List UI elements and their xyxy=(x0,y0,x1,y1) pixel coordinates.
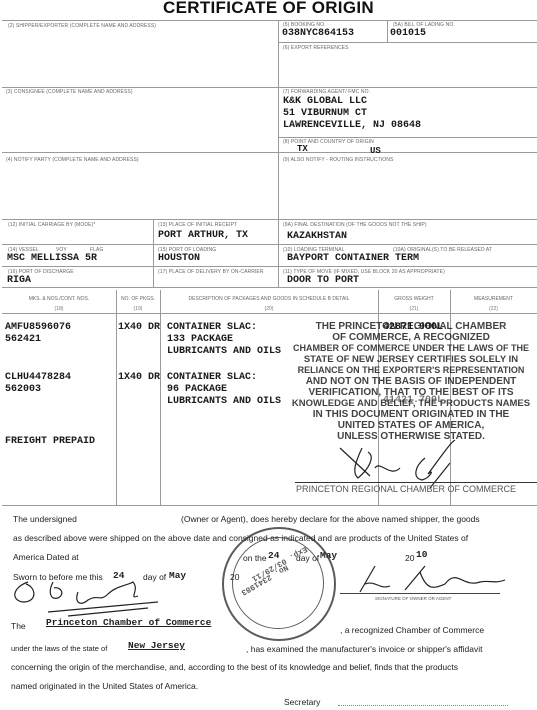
freight-note: FREIGHT PREPAID xyxy=(5,436,95,447)
seal-number: 562421 xyxy=(5,334,41,345)
consignee-label: (3) CONSIGNEE (COMPLETE NAME AND ADDRESS… xyxy=(6,89,133,95)
shipper-label: (2) SHIPPER/EXPORTER (COMPLETE NAME AND … xyxy=(8,23,156,29)
decl-owner-agent: (Owner or Agent), does hereby declare fo… xyxy=(181,514,480,524)
loading-terminal-value: BAYPORT CONTAINER TERM xyxy=(287,253,419,264)
stamp-line: IN THIS DOCUMENT ORIGINATED IN THE xyxy=(285,409,537,420)
move-type-value: DOOR TO PORT xyxy=(287,275,359,286)
container-number: AMFU8596076 xyxy=(5,322,71,333)
col-header-pkgs: NO. OF PKGS. xyxy=(116,296,160,302)
col-header-marks: MKS. & NOS./CONT. NOS. xyxy=(2,296,116,302)
divider xyxy=(2,87,537,88)
col-header-description: DESCRIPTION OF PACKAGES AND GOODS in Sch… xyxy=(160,296,378,302)
chamber-signature xyxy=(330,438,470,488)
laws-of-state: under the laws of the state of xyxy=(11,644,107,653)
forwarding-line-3: LAWRENCEVILLE, NJ 08648 xyxy=(283,120,421,131)
stamp-line: THE PRINCETON REGIONAL CHAMBER xyxy=(285,321,537,332)
place-receipt-label: (13) PLACE OF INITIAL RECEIPT xyxy=(158,222,237,228)
decl-year-suffix: 10 xyxy=(416,549,427,560)
stamp-line: STATE OF NEW JERSEY CERTIFIES SOLELY IN xyxy=(285,354,537,365)
final-dest-label: (9A) FINAL DESTINATION (OF THE GOODS NOT… xyxy=(283,222,427,228)
divider xyxy=(153,219,154,287)
owner-agent-signature xyxy=(345,562,515,600)
chamber-recognized: , a recognized Chamber of Commerce xyxy=(340,625,484,635)
owner-signature-label: SIGNATURE OF OWNER OR AGENT xyxy=(375,596,451,601)
sworn-month: May xyxy=(169,570,186,581)
initial-carriage-label: (12) INITIAL CARRIAGE BY (MODE)* xyxy=(8,222,95,228)
forwarding-line-2: 51 VIBURNUM CT xyxy=(283,108,367,119)
bol-number: 001015 xyxy=(390,28,426,39)
stamp-line: OF COMMERCE, A RECOGNIZED xyxy=(285,332,537,343)
divider xyxy=(2,219,537,220)
divider xyxy=(2,152,537,153)
decl-undersigned: The undersigned xyxy=(13,514,77,524)
notify-label: (4) NOTIFY PARTY (COMPLETE NAME AND ADDR… xyxy=(6,157,139,163)
booking-number: 038NYC864153 xyxy=(282,28,354,39)
secretary-label: Secretary xyxy=(284,697,320,707)
signature-line xyxy=(295,482,537,483)
chamber-the: The xyxy=(11,621,26,631)
col-num-pkgs: (19) xyxy=(116,306,160,312)
originated-text: named originated in the United States of… xyxy=(11,681,198,691)
examined-text: , has examined the manufacturer's invoic… xyxy=(246,644,483,654)
seal-number: 562003 xyxy=(5,384,41,395)
col-num-weight: (21) xyxy=(378,306,450,312)
notary-seal-inner-ring xyxy=(232,537,324,629)
notary-signature xyxy=(8,572,158,617)
col-num-measurement: (22) xyxy=(450,306,537,312)
secretary-signature-line xyxy=(338,705,508,706)
forwarding-label: (7) FORWARDING AGENT/ FMC NO. xyxy=(283,89,370,95)
description-line: LUBRICANTS AND OILS xyxy=(167,346,281,357)
origin-point: TX xyxy=(297,144,308,154)
document-title: CERTIFICATE OF ORIGIN xyxy=(0,0,537,18)
final-dest-value: KAZAKHSTAN xyxy=(287,231,347,242)
chamber-name: Princeton Chamber of Commerce xyxy=(46,617,211,628)
divider xyxy=(2,287,537,288)
divider xyxy=(2,266,537,267)
divider xyxy=(2,313,537,314)
stamp-line: AND NOT ON THE BASIS OF INDEPENDENT xyxy=(285,376,537,387)
forwarding-line-1: K&K GLOBAL LLC xyxy=(283,96,367,107)
place-receipt-value: PORT ARTHUR, TX xyxy=(158,230,248,241)
divider xyxy=(116,290,117,505)
port-discharge-value: RIGA xyxy=(7,275,31,286)
stamp-line: VERIFICATION, THAT TO THE BEST OF ITS xyxy=(285,387,537,398)
description-line: CONTAINER SLAC: xyxy=(167,372,257,383)
col-header-measurement: MEASUREMENT xyxy=(450,296,537,302)
col-num-description: (20) xyxy=(160,306,378,312)
col-num-marks: (18) xyxy=(2,306,116,312)
divider xyxy=(387,20,388,42)
container-number: CLHU4478284 xyxy=(5,372,71,383)
decl-dated-at: America Dated at xyxy=(13,552,79,562)
stamp-line: RELIANCE ON THE EXPORTER'S REPRESENTATIO… xyxy=(285,365,537,376)
description-line: LUBRICANTS AND OILS xyxy=(167,396,281,407)
divider xyxy=(2,505,537,506)
owner-signature-line xyxy=(340,593,500,594)
divider xyxy=(278,42,537,43)
col-header-weight: GROSS WEIGHT xyxy=(378,296,450,302)
notary-seal: No. 2341983 Exp. 03/29/11 xyxy=(222,527,336,641)
divider xyxy=(2,20,537,21)
stamp-line: UNITED STATES OF AMERICA, xyxy=(285,420,537,431)
divider xyxy=(278,137,537,138)
port-loading-value: HOUSTON xyxy=(158,253,200,264)
state-name: New Jersey xyxy=(128,640,185,651)
divider xyxy=(160,290,161,505)
package-count: 1X40 DR xyxy=(118,372,160,383)
origin-country: US xyxy=(370,146,381,156)
description-line: CONTAINER SLAC: xyxy=(167,322,257,333)
stamp-line: KNOWLEDGE AND BELIEF, THE PRODUCTS NAMES xyxy=(285,398,537,409)
vessel-value: MSC MELLISSA 5R xyxy=(7,253,97,264)
delivery-label: (17) PLACE OF DELIVERY BY ON-CARRIER xyxy=(158,269,264,275)
concerning-text: concerning the origin of the merchandise… xyxy=(11,662,458,672)
package-count: 1X40 DR xyxy=(118,322,160,333)
description-line: 96 PACKAGE xyxy=(167,384,227,395)
chamber-stamp-footer: PRINCETON REGIONAL CHAMBER OF COMMERCE xyxy=(296,484,516,494)
chamber-certification-stamp: THE PRINCETON REGIONAL CHAMBER OF COMMER… xyxy=(285,321,537,442)
stamp-line: CHAMBER OF COMMERCE UNDER THE LAWS OF TH… xyxy=(285,343,537,354)
divider xyxy=(278,20,279,287)
export-ref-label: (6) EXPORT REFERENCES xyxy=(283,45,349,51)
also-notify-label: (9) ALSO NOTIFY - ROUTING INSTRUCTIONS xyxy=(283,157,393,163)
divider xyxy=(2,244,537,245)
description-line: 133 PACKAGE xyxy=(167,334,233,345)
